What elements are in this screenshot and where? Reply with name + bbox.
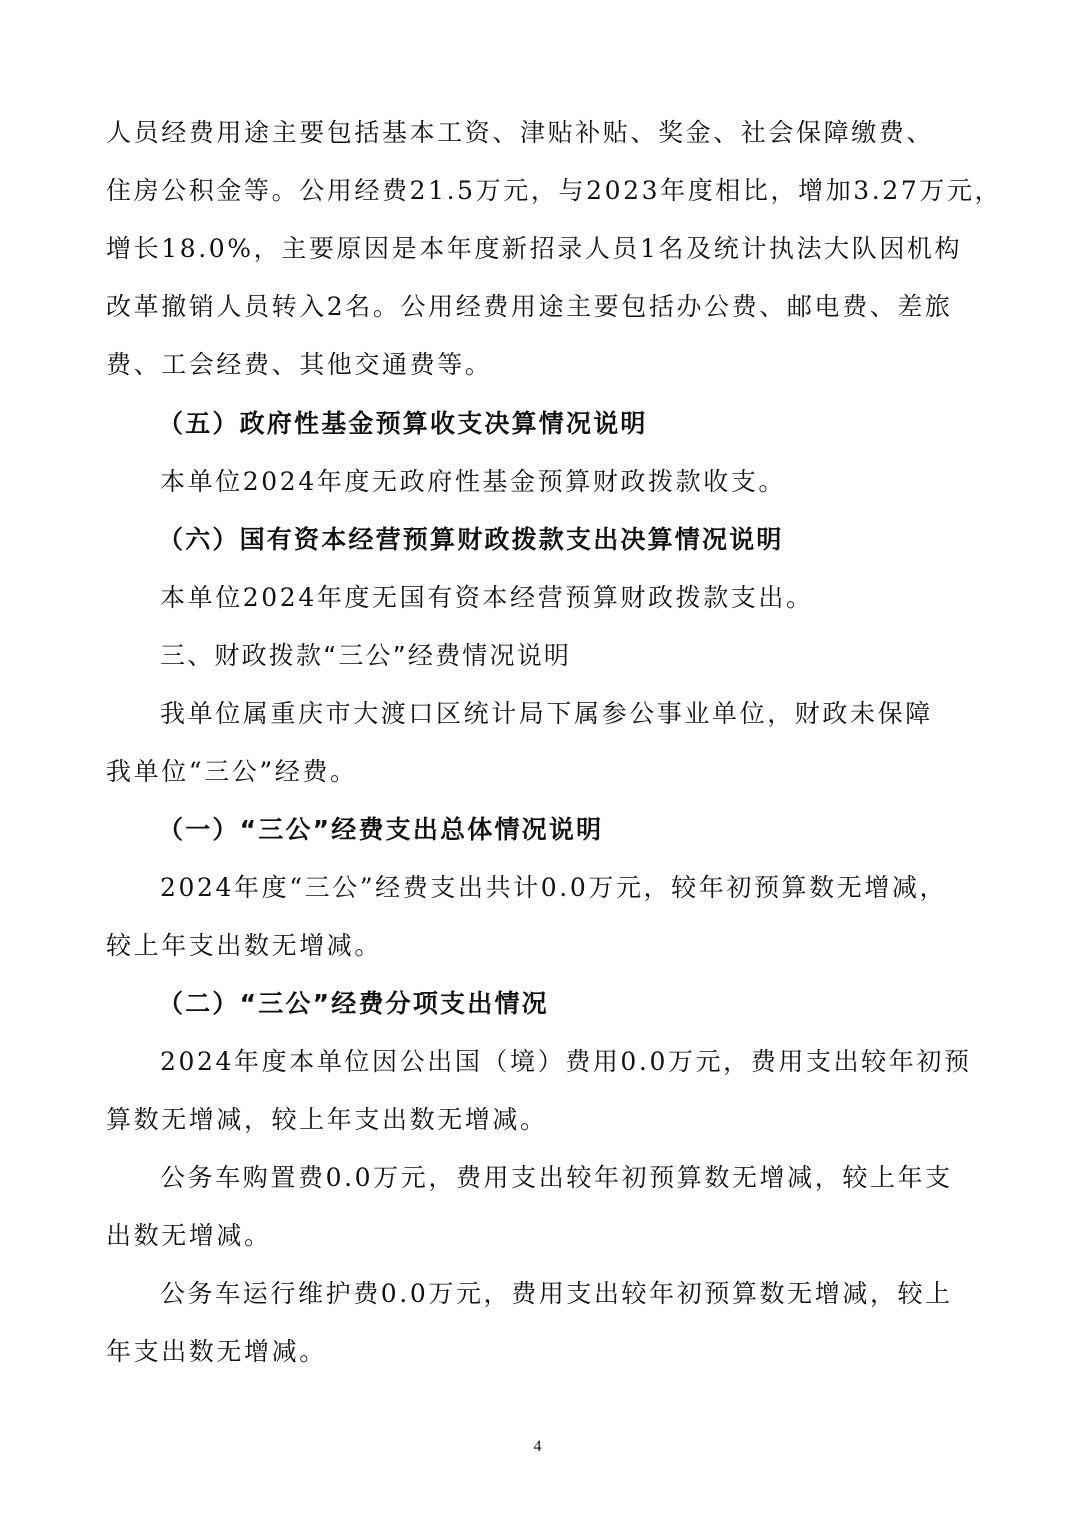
document-page: 人员经费用途主要包括基本工资、津贴补贴、奖金、社会保障缴费、 住房公积金等。公用… [0,0,1075,1520]
paragraph-line: 改革撤销人员转入2名。公用经费用途主要包括办公费、邮电费、差旅 [106,292,976,322]
paragraph-line: 费、工会经费、其他交通费等。 [106,350,976,380]
paragraph-line: 本单位2024年度无政府性基金预算财政拨款收支。 [160,467,1030,497]
paragraph-line: 公务车运行维护费0.0万元，费用支出较年初预算数无增减，较上 [160,1279,1030,1309]
paragraph-line: 较上年支出数无增减。 [106,931,976,961]
paragraph-line: 算数无增减，较上年支出数无增减。 [106,1105,976,1135]
paragraph-line: 2024年度本单位因公出国（境）费用0.0万元，费用支出较年初预 [160,1047,1030,1077]
section-heading-government-fund: （五）政府性基金预算收支决算情况说明 [158,409,1028,439]
section-heading-three-public-expenses: 三、财政拨款“三公”经费情况说明 [160,641,1030,671]
section-heading-state-capital: （六）国有资本经营预算财政拨款支出决算情况说明 [158,525,1028,555]
page-number: 4 [0,1438,1075,1456]
paragraph-line: 本单位2024年度无国有资本经营预算财政拨款支出。 [160,583,1030,613]
paragraph-line: 住房公积金等。公用经费21.5万元，与2023年度相比，增加3.27万元， [106,176,976,206]
section-heading-itemized-expenses: （二）“三公”经费分项支出情况 [158,989,1028,1019]
paragraph-line: 增长18.0%，主要原因是本年度新招录人员1名及统计执法大队因机构 [106,234,976,264]
paragraph-line: 人员经费用途主要包括基本工资、津贴补贴、奖金、社会保障缴费、 [106,118,976,148]
paragraph-line: 公务车购置费0.0万元，费用支出较年初预算数无增减，较上年支 [160,1163,1030,1193]
paragraph-line: 2024年度“三公”经费支出共计0.0万元，较年初预算数无增减， [160,873,1030,903]
paragraph-line: 出数无增减。 [106,1221,976,1251]
paragraph-line: 我单位属重庆市大渡口区统计局下属参公事业单位，财政未保障 [160,699,1030,729]
section-heading-overall-expenses: （一）“三公”经费支出总体情况说明 [158,815,1028,845]
paragraph-line: 我单位“三公”经费。 [106,757,976,787]
paragraph-line: 年支出数无增减。 [106,1337,976,1367]
